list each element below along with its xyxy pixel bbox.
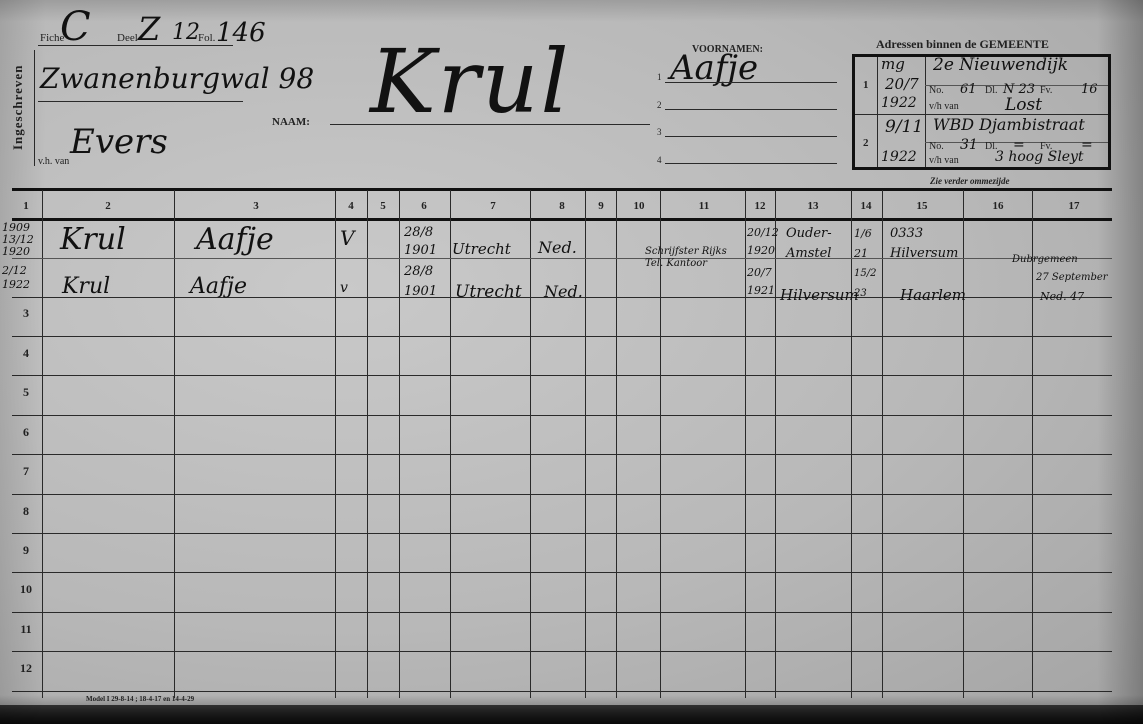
row-line	[12, 572, 1112, 573]
addr-divider	[877, 57, 878, 167]
row-num-8: 8	[14, 504, 38, 519]
voornaam-1-line	[665, 82, 837, 83]
adressen-footer: Zie verder ommezijde	[930, 176, 1009, 186]
row-line	[12, 533, 1112, 534]
col-line	[745, 190, 746, 698]
addr-2-vhvan: 3 hoog Sleyt	[995, 149, 1084, 165]
table-header-rule	[12, 218, 1112, 221]
row1-col11: Schrijfster Rijks Tel. Kantoor	[645, 246, 745, 270]
row1-col15: 0333 Hilversum	[890, 224, 962, 264]
addr-1-street: 2e Nieuwendijk	[933, 55, 1068, 75]
addr-2-num: 2	[863, 137, 869, 149]
row-line	[12, 336, 1112, 337]
voornaam-2-line	[665, 109, 837, 110]
row1-col16: Dubrgemeen	[1012, 254, 1078, 265]
naam-value: Krul	[370, 30, 571, 133]
voornaam-1-num: 1	[657, 72, 662, 82]
row1-col12: 20/12 1920	[747, 224, 775, 260]
row-num-7: 7	[14, 464, 38, 479]
row-num-6: 6	[14, 425, 38, 440]
row1-col8: Ned.	[538, 238, 577, 257]
header-bracket	[34, 50, 35, 166]
addr-1-no: 61	[960, 82, 977, 97]
row-line	[12, 691, 1112, 692]
addr-1-num: 1	[863, 79, 869, 91]
addr-1-date-mid: 20/7	[885, 75, 919, 93]
col-line	[367, 190, 368, 698]
voornaam-4-line	[665, 163, 837, 164]
row-line	[12, 494, 1112, 495]
col-num-11: 11	[694, 200, 714, 212]
voornaam-2-num: 2	[657, 100, 662, 110]
col-num-3: 3	[248, 200, 264, 212]
col-num-10: 10	[629, 200, 649, 212]
col-line	[174, 190, 175, 698]
row2-col13: Hilversum	[780, 286, 859, 304]
col-num-1: 1	[18, 200, 34, 212]
col-line	[963, 190, 964, 698]
row1-col6: 28/8 1901	[404, 224, 448, 260]
row-line	[12, 375, 1112, 376]
col-num-17: 17	[1064, 200, 1084, 212]
row1-col17: 27 September	[1036, 272, 1108, 283]
row1-col1: 1909 13/12 1920	[2, 222, 42, 258]
address-underline	[38, 101, 243, 102]
ingeschreven-label: Ingeschreven	[10, 65, 26, 150]
row1-col13: Ouder-Amstel	[786, 224, 852, 264]
col-num-7: 7	[485, 200, 501, 212]
voornaam-3-line	[665, 136, 837, 137]
row-num-10: 10	[14, 582, 38, 597]
scan-bottom-edge	[0, 705, 1143, 724]
row1-col3: Aafje	[196, 222, 274, 257]
col-line	[616, 190, 617, 698]
addr-2-date-mid: 9/11	[885, 117, 923, 137]
row-num-9: 9	[14, 543, 38, 558]
col-line	[1032, 190, 1033, 698]
row2-col1: 2/12 1922	[2, 264, 42, 292]
row1-col14: 1/6 21	[854, 224, 882, 264]
addr-divider	[925, 57, 926, 167]
addr-2-no-label: No.	[929, 141, 944, 152]
col-num-9: 9	[593, 200, 609, 212]
row-line	[12, 651, 1112, 652]
col-line	[882, 190, 883, 698]
row-num-4: 4	[14, 346, 38, 361]
table-top-rule	[12, 188, 1112, 191]
row2-col3: Aafje	[190, 274, 247, 299]
col-line	[450, 190, 451, 698]
col-num-6: 6	[416, 200, 432, 212]
addr-1-date-top: mg	[881, 55, 905, 73]
registered-address: Zwanenburgwal 98	[40, 62, 314, 95]
col-line	[585, 190, 586, 698]
row2-col12: 20/7 1921	[747, 264, 775, 300]
vh-van-value: Evers	[70, 122, 168, 162]
addr-1-vhvan: Lost	[1005, 95, 1042, 115]
addr-1-date-bot: 1922	[881, 95, 917, 111]
voornaam-4-num: 4	[657, 155, 662, 165]
fol-prefix-value: 12	[172, 20, 200, 45]
addr-2-no: 31	[960, 137, 978, 153]
col-line	[399, 190, 400, 698]
fol-value: 146	[216, 18, 266, 48]
addr-1-vhvan-label: v/h van	[929, 101, 959, 112]
row2-col7: Utrecht	[455, 282, 522, 302]
col-num-12: 12	[750, 200, 770, 212]
row-line	[12, 415, 1112, 416]
row2-col17: Ned. 47	[1040, 290, 1084, 303]
col-num-13: 13	[803, 200, 823, 212]
row-num-11: 11	[14, 622, 38, 637]
col-line	[42, 190, 43, 698]
col-num-8: 8	[554, 200, 570, 212]
col-num-16: 16	[988, 200, 1008, 212]
fiche-underline	[38, 45, 233, 46]
row2-col14: 15/2 23	[854, 264, 882, 304]
deel-value: Z	[138, 10, 160, 48]
row1-col4: V	[340, 226, 354, 250]
col-line	[335, 190, 336, 698]
row-num-12: 12	[14, 661, 38, 676]
model-footer: Model I 29-8-14 ; 18-4-17 en 14-4-29	[86, 695, 194, 703]
fol-label: Fol.	[198, 32, 215, 44]
row1-col7: Utrecht	[452, 240, 511, 258]
population-register-card: Fiche C Deel Z 12 Fol. 146 Ingeschreven …	[0, 0, 1143, 724]
row2-col2: Krul	[62, 274, 110, 299]
deel-label: Deel	[117, 32, 138, 44]
row2-col6: 28/8 1901	[404, 262, 448, 302]
col-num-14: 14	[856, 200, 876, 212]
col-line	[775, 190, 776, 698]
row-num-3: 3	[14, 306, 38, 321]
col-line	[530, 190, 531, 698]
addr-2-street: WBD Djambistraat	[933, 115, 1085, 134]
voornaam-3-num: 3	[657, 127, 662, 137]
col-line	[851, 190, 852, 698]
row-line	[12, 454, 1112, 455]
addr-1-dl-label: Dl.	[985, 85, 998, 96]
addr-2-date-bot: 1922	[881, 149, 917, 165]
row1-col2: Krul	[60, 222, 126, 257]
adressen-box: 1 mg 20/7 1922 2e Nieuwendijk No. 61 Dl.…	[852, 54, 1111, 170]
addr-1-no-label: No.	[929, 85, 944, 96]
row2-col8: Ned.	[544, 282, 583, 301]
addr-2-vhvan-label: v/h van	[929, 155, 959, 166]
fiche-value: C	[60, 4, 91, 50]
col-num-4: 4	[343, 200, 359, 212]
row2-col15: Haarlem	[900, 286, 966, 304]
row2-col4: v	[340, 280, 348, 296]
row-num-5: 5	[14, 385, 38, 400]
row-line	[12, 612, 1112, 613]
col-num-2: 2	[100, 200, 116, 212]
naam-label: NAAM:	[272, 116, 310, 128]
vh-van-label: v.h. van	[38, 156, 69, 167]
col-num-5: 5	[375, 200, 391, 212]
col-num-15: 15	[912, 200, 932, 212]
addr-1-fv: 16	[1081, 82, 1098, 97]
adressen-title: Adressen binnen de GEMEENTE	[876, 37, 1049, 52]
